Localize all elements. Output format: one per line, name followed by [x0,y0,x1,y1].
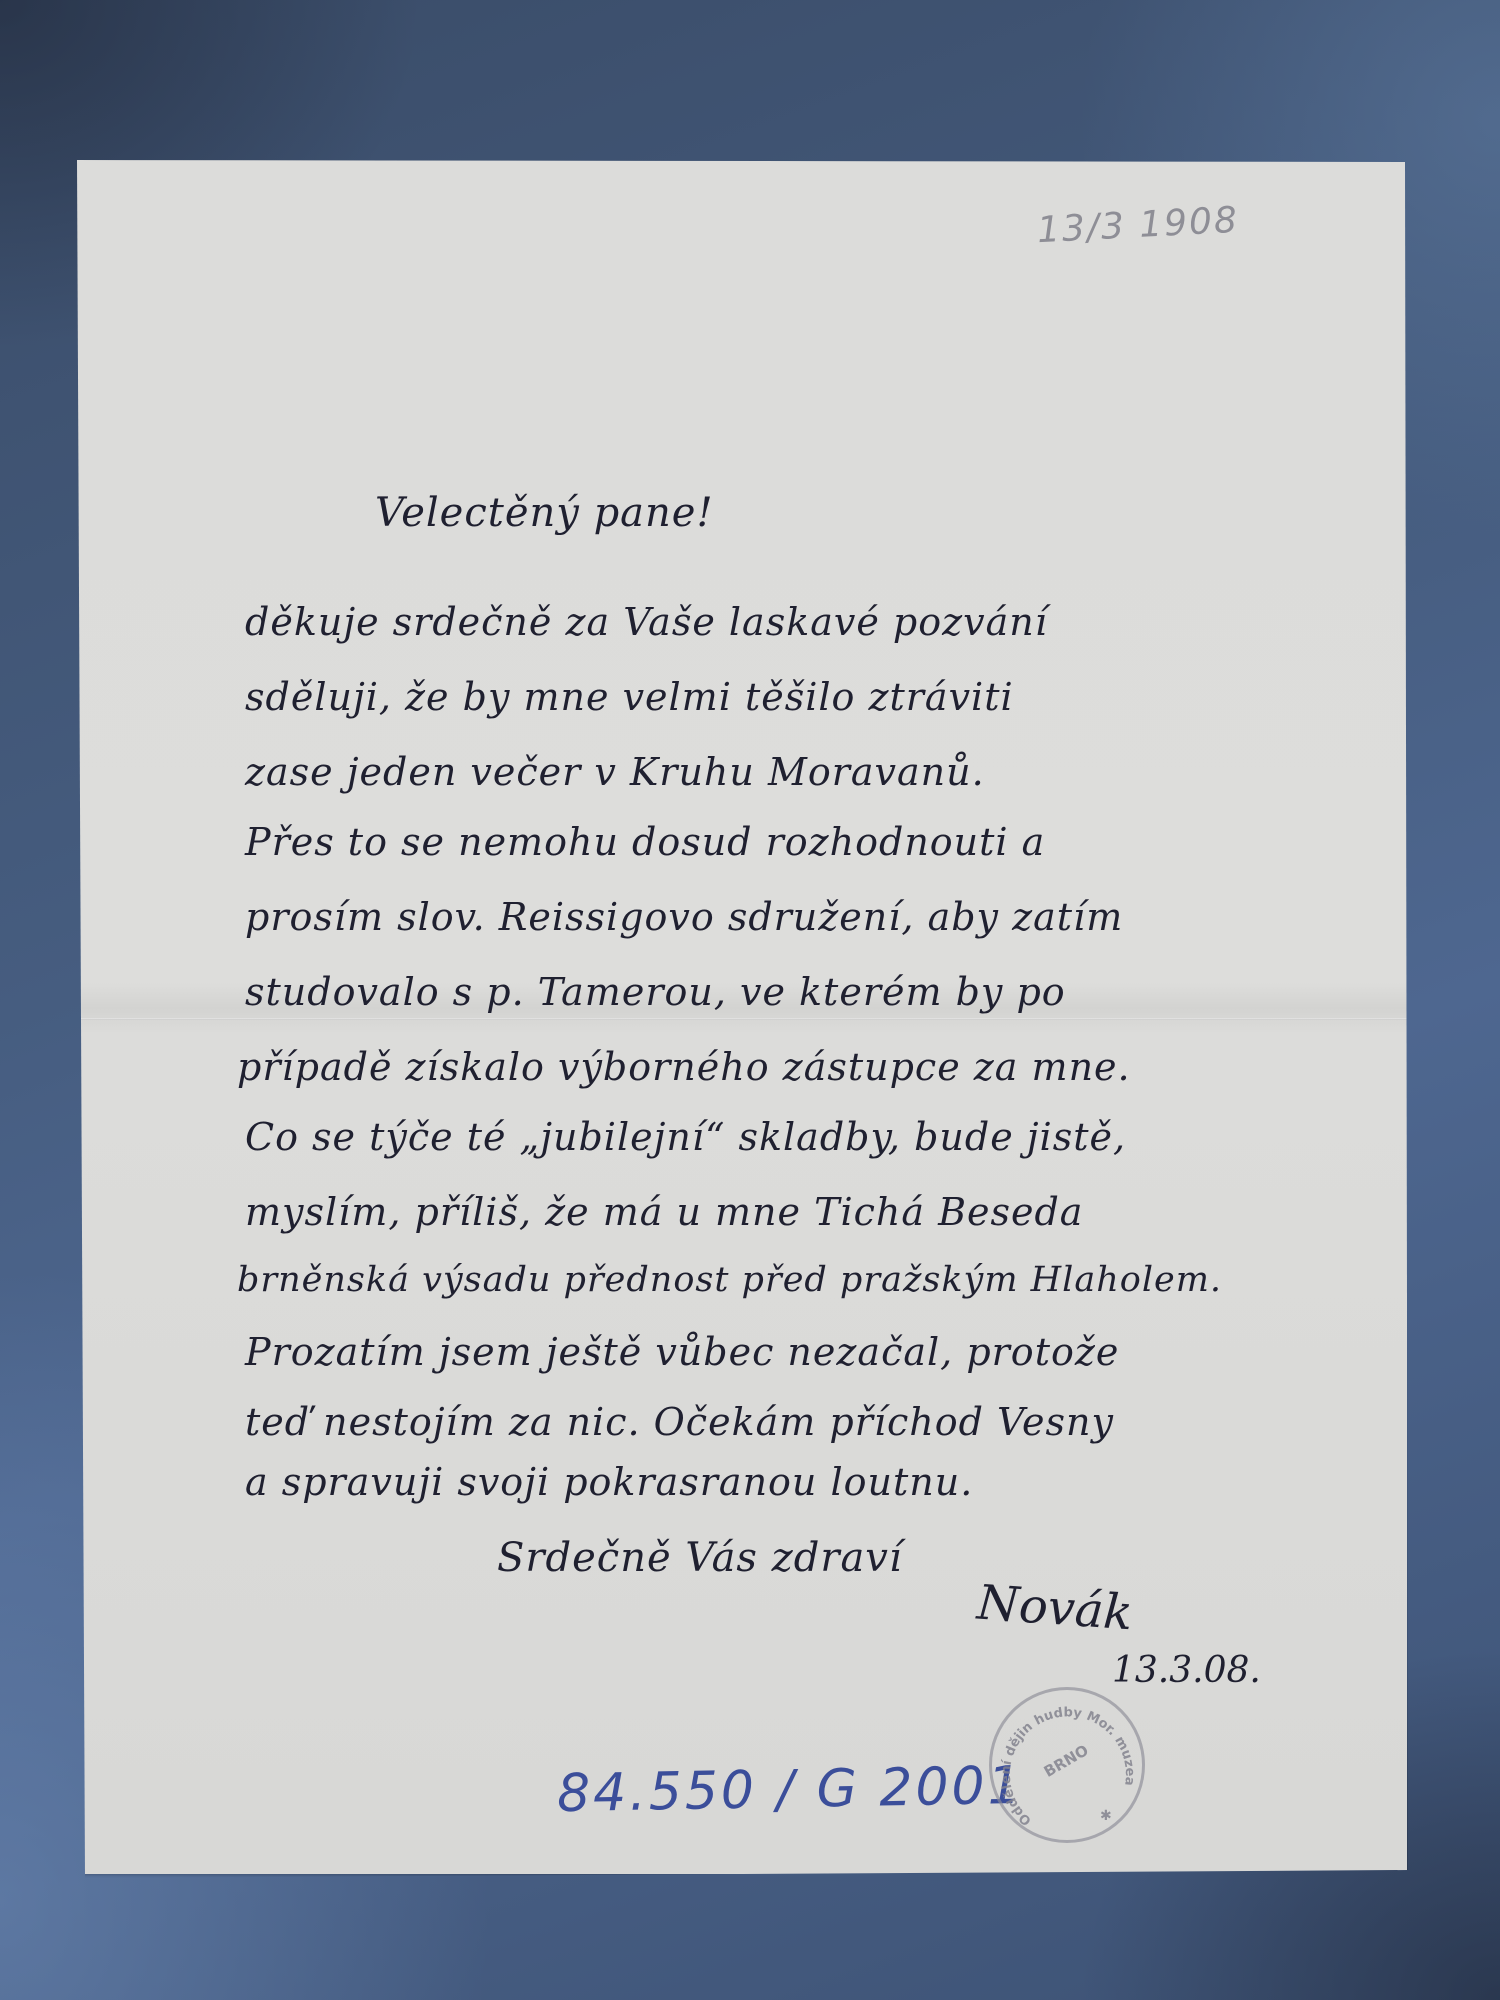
pencil-date-annotation: 13/3 1908 [1036,200,1240,252]
body-line-7: případě získalo výborného zástupce za mn… [237,1045,1131,1089]
body-line-2: sděluji, že by mne velmi těšilo ztráviti [245,675,1014,719]
body-line-4: Přes to se nemohu dosud rozhodnouti a [245,820,1045,864]
body-line-6: studovalo s p. Tamerou, ve kterém by po [245,970,1066,1014]
museum-stamp: Oddělení dějin hudby Mor. muzea BRNO ✱ [989,1687,1145,1843]
body-line-3: zase jeden večer v Kruhu Moravanů. [245,750,985,794]
signature: Novák [975,1575,1134,1642]
body-line-10: brněnská výsadu přednost před pražským H… [237,1260,1222,1300]
salutation: Velectěný pane! [375,490,714,536]
body-line-8: Co se týče té „jubilejní“ skladby, bude … [245,1115,1126,1159]
body-line-5: prosím slov. Reissigovo sdružení, aby za… [245,895,1123,939]
closing-line: Srdečně Vás zdraví [497,1535,903,1581]
body-line-9: myslím, příliš, že má u mne Tichá Beseda [245,1190,1083,1234]
body-line-13: a spravuji svoji pokrasranou loutnu. [245,1460,973,1504]
body-line-11: Prozatím jsem ještě vůbec nezačal, proto… [245,1330,1119,1374]
letter-paper: 13/3 1908 Velectěný pane! děkuje srdečně… [77,160,1407,1874]
signature-date: 13.3.08. [1112,1650,1261,1691]
body-line-12: teď nestojím za nic. Očekám příchod Vesn… [245,1400,1114,1444]
fold-line [77,1018,1407,1020]
archive-inventory-number: 84.550 / G 2001 [557,1756,1025,1824]
body-line-1: děkuje srdečně za Vaše laskavé pozvání [245,600,1048,644]
star-icon: ✱ [1100,1808,1112,1824]
